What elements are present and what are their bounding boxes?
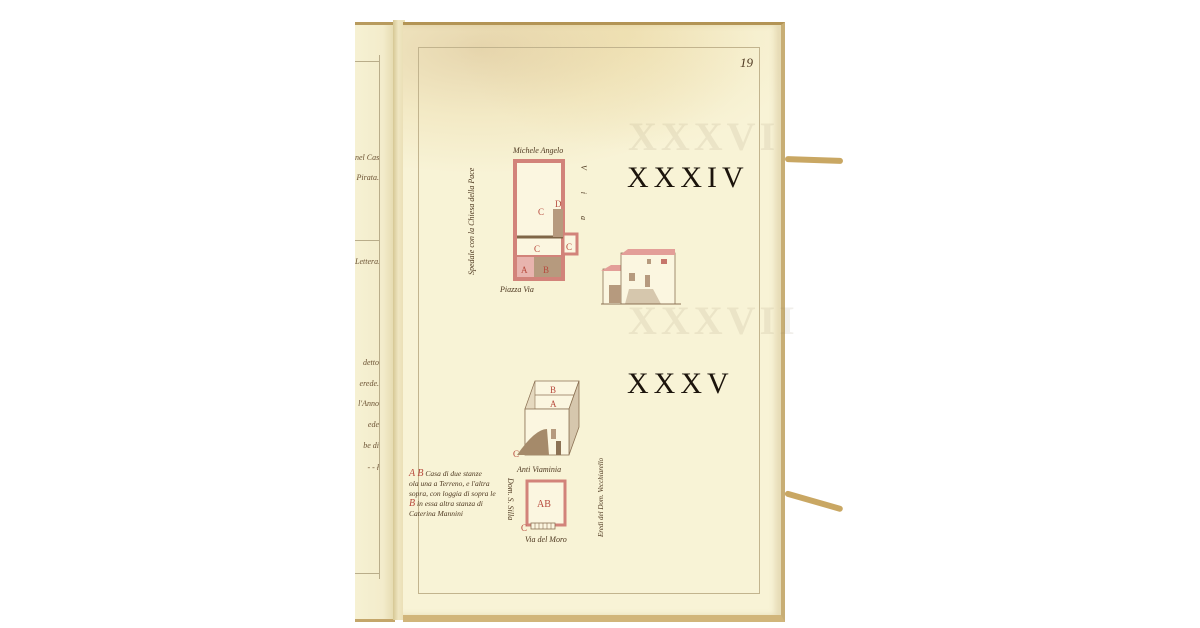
legend-line: Casa di due stanze — [425, 469, 481, 478]
house-elevation-34 — [601, 247, 681, 307]
manuscript-book: nel Casal Pirata. Lettera. detto erede. … — [355, 20, 787, 620]
svg-text:C: C — [534, 244, 540, 254]
left-page-edge: nel Casal Pirata. Lettera. detto erede. … — [355, 22, 395, 622]
legend-line: ola una a Terreno, e l'altra — [409, 479, 496, 489]
margin-rule — [379, 55, 380, 579]
left-text-fragment: Pirata. — [355, 173, 379, 182]
plan35-label-bottom: Via del Moro — [525, 535, 567, 544]
floor-plan-35: AB C — [521, 479, 571, 533]
left-text-fragment: detto — [355, 358, 379, 367]
plan35-label-left: Dom. S. Silla — [506, 478, 515, 520]
svg-text:B: B — [550, 385, 556, 395]
svg-text:B: B — [543, 265, 549, 275]
room-elevation-35: B A C — [515, 379, 595, 459]
svg-text:C: C — [521, 523, 527, 533]
left-text-fragment: - - ł — [355, 463, 379, 472]
svg-text:A: A — [521, 265, 528, 275]
svg-text:C: C — [513, 449, 519, 459]
svg-text:C: C — [538, 207, 544, 217]
plan35-label-top: Anti Viaminia — [517, 465, 561, 474]
entry-numeral-35: XXXV — [627, 367, 734, 401]
right-page: 19 XXXVI XXXVII XXXIV Michele Angelo Spe… — [403, 22, 785, 622]
binding-tie-top — [785, 156, 843, 164]
floor-plan-34: C D C C A B — [513, 159, 583, 284]
legend-key: B — [409, 498, 415, 509]
legend-line: in essa altra stanza di — [417, 499, 483, 508]
ruled-line — [355, 61, 379, 62]
binding-tie-bottom — [784, 490, 843, 512]
legend-key: A B — [409, 468, 424, 479]
legend-line: sopra, con loggia di sopra le — [409, 489, 496, 499]
left-text-fragment: nel Casal — [355, 153, 379, 162]
legend-line: Caterina Mannini — [409, 509, 496, 519]
plan-label-left: Spedale con la Chiesa della Pace — [467, 168, 476, 275]
legend-35: A B Casa di due stanze ola una a Terreno… — [409, 469, 496, 519]
svg-text:D: D — [555, 199, 562, 209]
left-text-fragment: be di — [355, 441, 379, 450]
entry-numeral-34: XXXIV — [627, 161, 749, 195]
ruled-line — [355, 240, 379, 241]
svg-text:AB: AB — [537, 499, 551, 510]
left-text-fragment: ede — [355, 420, 379, 429]
svg-text:A: A — [550, 399, 557, 409]
page-number: 19 — [740, 55, 753, 71]
left-text-fragment: Lettera. — [355, 257, 379, 266]
left-text-fragment: l'Anno — [355, 399, 379, 408]
plan-label-bottom: Piazza Via — [500, 285, 534, 294]
left-text-fragment: erede. — [355, 379, 379, 388]
bleed-through-numeral: XXXVI — [628, 113, 779, 160]
ruled-line — [355, 573, 379, 574]
plan35-label-right: Eredi del Dom. Vecchiarello — [597, 458, 605, 537]
svg-text:C: C — [566, 242, 572, 252]
plan-label-top: Michele Angelo — [513, 146, 563, 155]
